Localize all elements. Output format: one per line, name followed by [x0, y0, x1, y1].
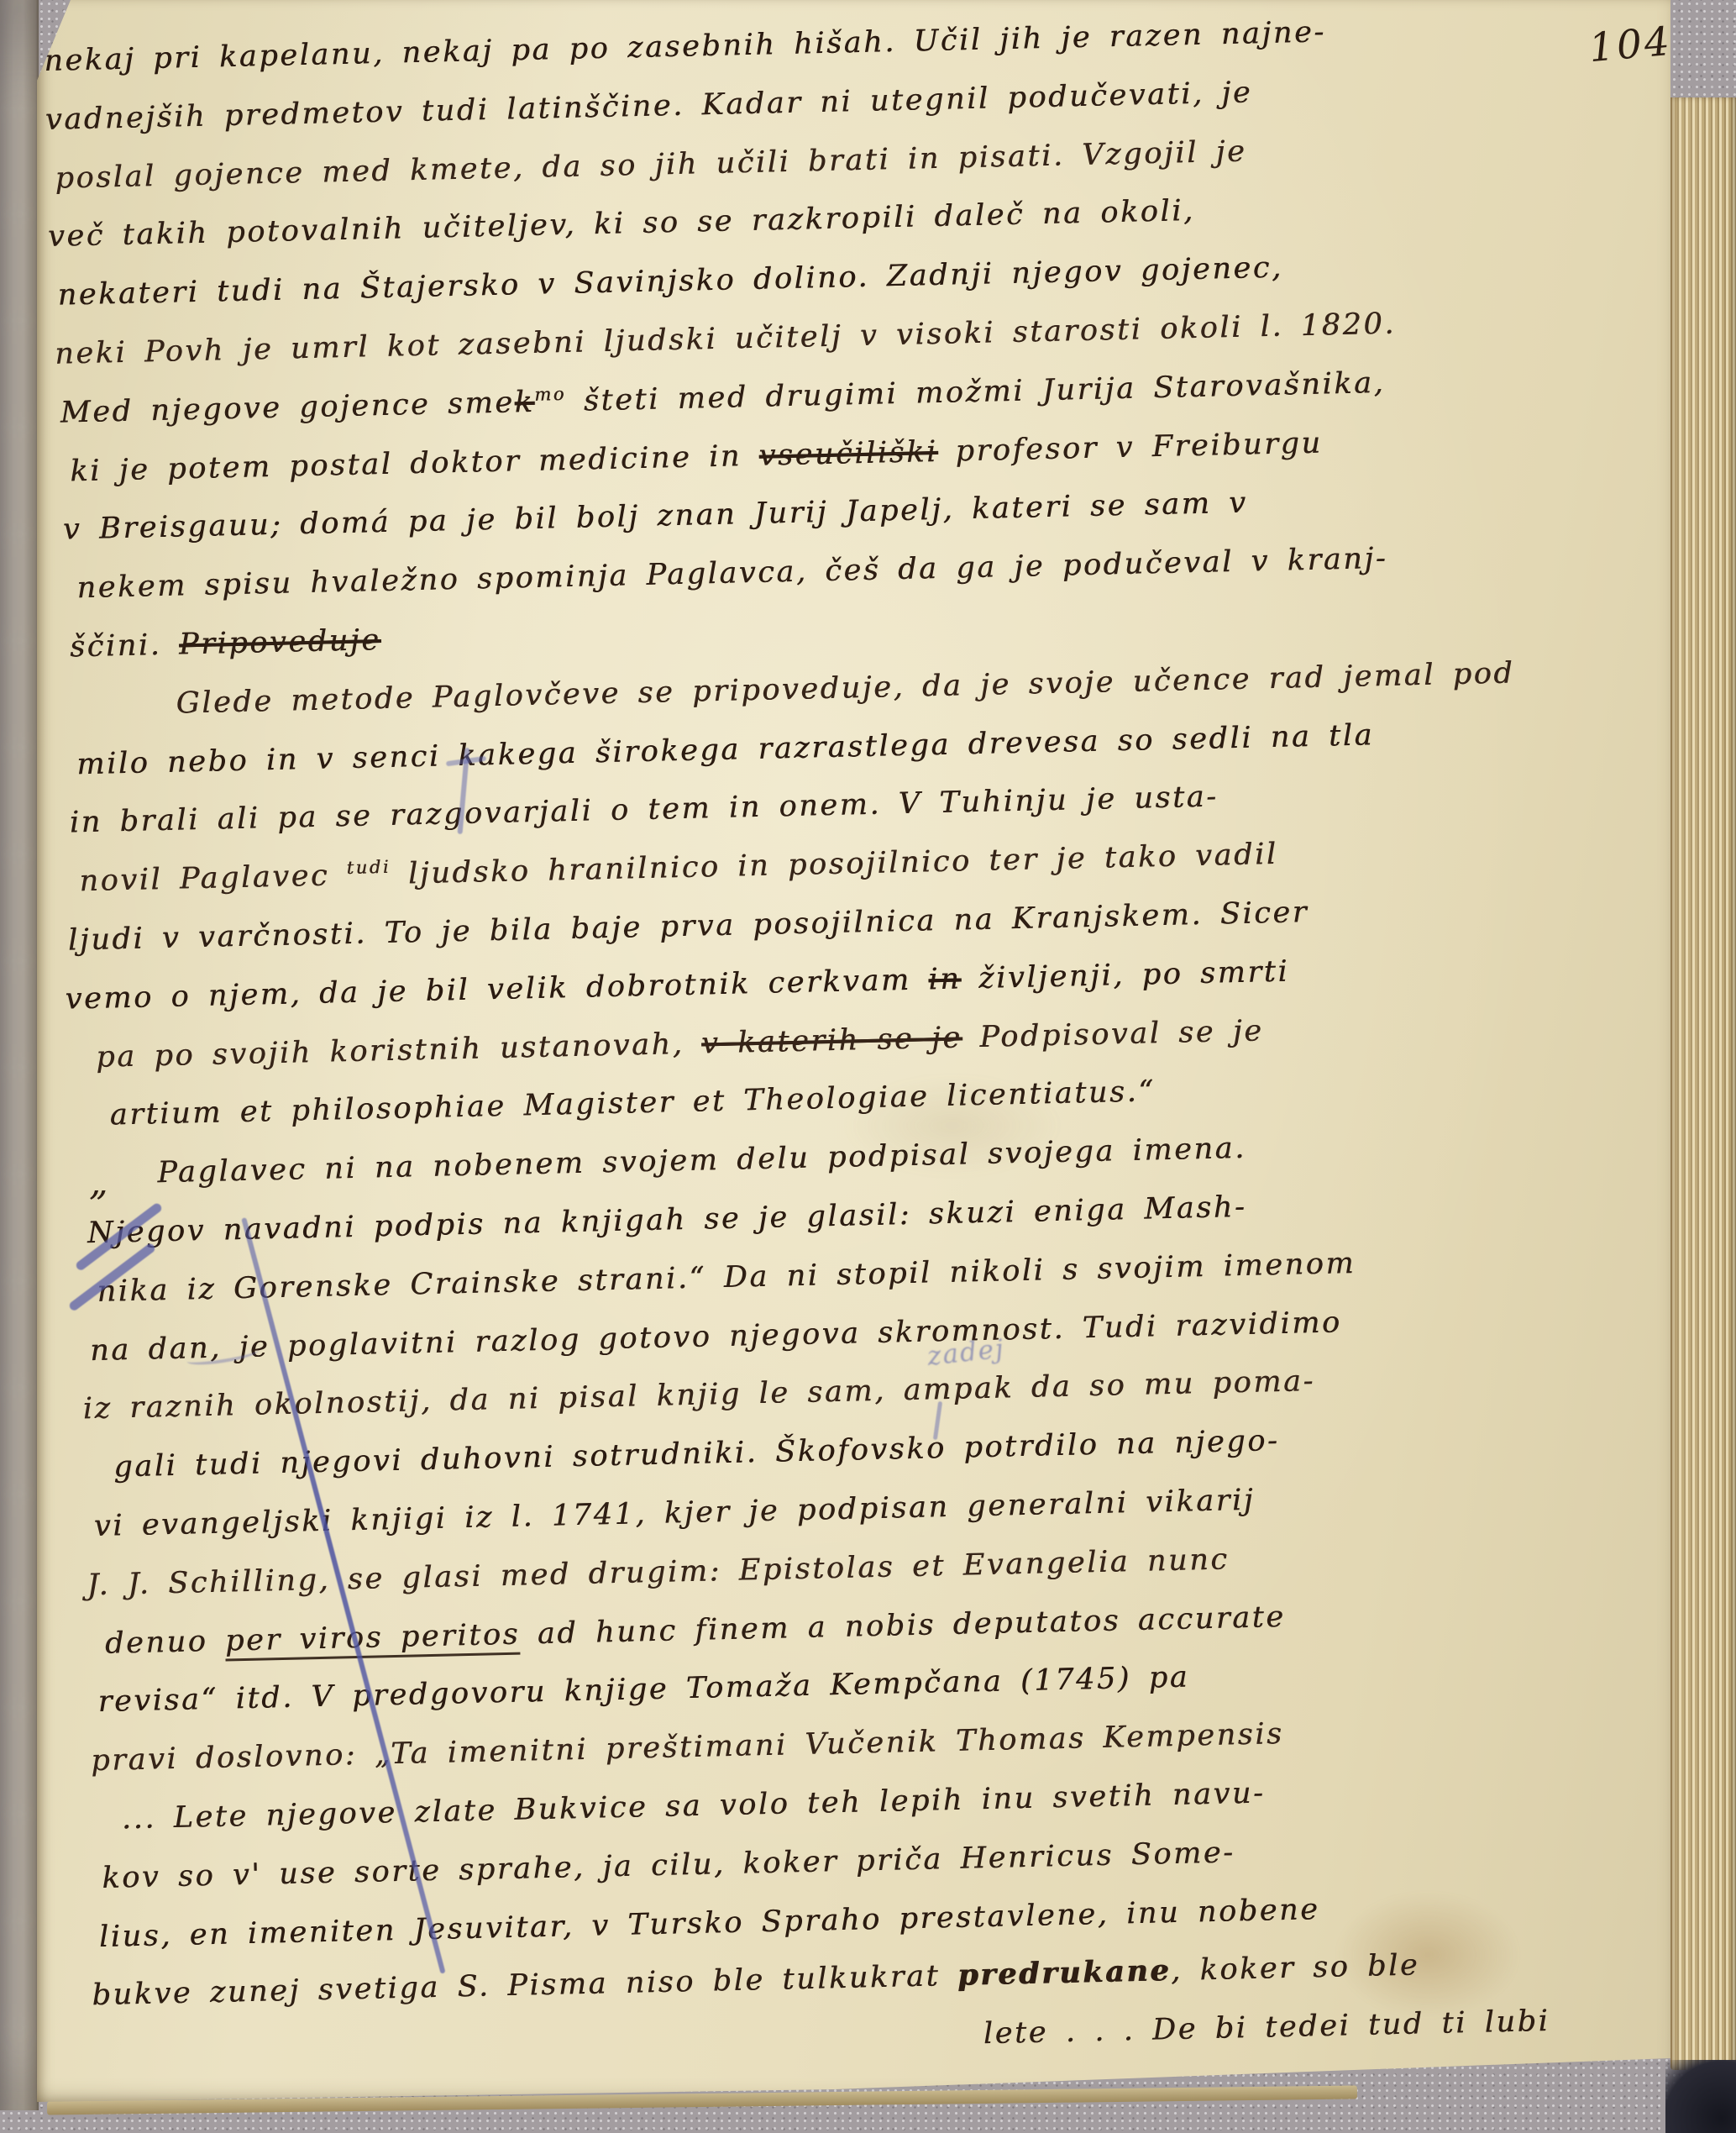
- handwritten-segment: ... Lete njegove zlate Bukvice sa volo t…: [121, 1777, 1266, 1836]
- manuscript-line: bukve zunej svetiga S. Pisma niso ble tu…: [92, 1946, 1420, 2015]
- handwritten-segment: Med njegove gojence sme: [60, 386, 515, 429]
- handwritten-segment: nika iz Gorenske Crainske strani.“ Da ni…: [97, 1247, 1356, 1309]
- handwritten-segment: Njegov navadni podpis na knjigah se je g…: [87, 1190, 1247, 1250]
- handwritten-segment: Podpisoval se je: [962, 1014, 1264, 1054]
- handwritten-segment: vi evangeljski knjigi iz l. 1741, kjer j…: [93, 1484, 1255, 1543]
- manuscript-line: ščini. Pripoveduje: [70, 621, 381, 666]
- manuscript-line: Paglavec ni na nobenem svojem delu podpi…: [157, 1129, 1246, 1192]
- handwritten-segment: nekem spisu hvaležno spominja Paglavca, …: [76, 542, 1388, 605]
- manuscript-line: lius, en imeniten Jesuvitar, v Tursko Sp…: [98, 1890, 1319, 1957]
- handwritten-segment: novil Paglavec: [79, 859, 347, 898]
- handwritten-segment-strike: in: [928, 962, 962, 996]
- handwritten-segment: denuo: [105, 1624, 226, 1660]
- manuscript-line: v Breisgauu; domá pa je bil bolj znan Ju…: [62, 484, 1248, 549]
- handwritten-segment: kov so v' use sorte sprahe, ja cilu, kok…: [102, 1836, 1235, 1895]
- manuscript-line: revisa“ itd. V predgovoru knjige Tomaža …: [97, 1658, 1190, 1721]
- manuscript-line: kov so v' use sorte sprahe, ja cilu, kok…: [102, 1833, 1235, 1898]
- manuscript-line: ki je potem postal doktor medicine in vs…: [70, 423, 1323, 491]
- manuscript-line: novil Paglavec tudi ljudsko hranilnico i…: [79, 835, 1278, 904]
- handwritten-segment: bukve zunej svetiga S. Pisma niso ble tu…: [92, 1959, 957, 2012]
- manuscript-line: gali tudi njegovi duhovni sotrudniki. Šk…: [113, 1421, 1280, 1486]
- manuscript-line: vadnejših predmetov tudi latinščine. Kad…: [45, 73, 1252, 139]
- manuscript-line: Njegov navadni podpis na knjigah se je g…: [87, 1188, 1246, 1253]
- handwritten-segment: gali tudi njegovi duhovni sotrudniki. Šk…: [113, 1424, 1280, 1484]
- manuscript-line: vemo o njem, da je bil velik dobrotnik c…: [65, 952, 1290, 1018]
- handwritten-segment: šteti med drugimi možmi Jurija Starovašn…: [566, 366, 1386, 418]
- manuscript-line: nika iz Gorenske Crainske strani.“ Da ni…: [97, 1244, 1356, 1311]
- manuscript-line: nekateri tudi na Štajersko v Savinjsko d…: [57, 249, 1283, 315]
- handwritten-segment: revisa“ itd. V predgovoru knjige Tomaža …: [97, 1661, 1189, 1719]
- handwritten-segment: življenji, po smrti: [961, 954, 1290, 996]
- handwritten-segment: ljudsko hranilnico in posojilnico ter je…: [391, 838, 1278, 891]
- handwritten-segment: J. J. Schilling, se glasi med drugim: Ep…: [87, 1542, 1230, 1602]
- handwritten-segment: v Breisgauu; domá pa je bil bolj znan Ju…: [63, 486, 1248, 547]
- handwritten-segment: pravi doslovno: „Ta imenitni preštimani …: [91, 1717, 1284, 1778]
- manuscript-line: nekem spisu hvaležno spominja Paglavca, …: [76, 539, 1388, 607]
- manuscript-line: denuo per viros peritos ad hunc finem a …: [105, 1598, 1287, 1663]
- handwritten-segment-sup: tudi: [346, 857, 391, 878]
- handwritten-segment-b: predrukane: [957, 1954, 1171, 1994]
- manuscript-line: iz raznih okolnostij, da ni pisal knjig …: [82, 1362, 1315, 1428]
- handwritten-segment: lete . . . De bi tedei tud ti lubi: [983, 2004, 1550, 2051]
- handwritten-segment: , koker so ble: [1171, 1949, 1420, 1989]
- manuscript-line: milo nebo in v senci kakega širokega raz…: [76, 716, 1375, 784]
- book-gutter-edge: [0, 0, 39, 2110]
- handwritten-segment-u: per viros peritos: [225, 1617, 521, 1661]
- handwritten-segment: več takih potovalnih učiteljev, ki so se…: [48, 194, 1196, 254]
- manuscript-line: na dan, je poglavitni razlog gotovo njeg…: [90, 1303, 1342, 1370]
- manuscript-paper: 104 nekaj pri kapelanu, nekaj pa po zase…: [37, 0, 1670, 2104]
- manuscript-line: ljudi v varčnosti. To je bila baje prva …: [68, 893, 1309, 960]
- handwritten-segment: milo nebo in v senci kakega širokega raz…: [76, 718, 1375, 781]
- handwritten-segment: na dan, je poglavitni razlog gotovo njeg…: [90, 1306, 1342, 1368]
- manuscript-line: Med njegove gojence smekmo šteti med dru…: [60, 364, 1386, 436]
- handwritten-segment: vemo o njem, da je bil velik dobrotnik c…: [65, 963, 929, 1016]
- handwritten-segment: ki je potem postal doktor medicine in: [70, 439, 759, 488]
- manuscript-line: J. J. Schilling, se glasi med drugim: Ep…: [87, 1540, 1230, 1605]
- manuscript-line: pravi doslovno: „Ta imenitni preštimani …: [91, 1715, 1284, 1780]
- manuscript-line: nekaj pri kapelanu, nekaj pa po zasebnih…: [44, 13, 1326, 81]
- manuscript-line: in brali ali pa se razgovarjali o tem in…: [69, 778, 1219, 843]
- handwritten-segment-strike: v katerih se je: [701, 1021, 963, 1060]
- handwritten-segment: nekateri tudi na Štajersko v Savinjsko d…: [57, 251, 1283, 313]
- handwritten-segment-strike: Pripoveduje: [179, 623, 381, 661]
- manuscript-line: ... Lete njegove zlate Bukvice sa volo t…: [121, 1774, 1266, 1839]
- handwritten-segment: Glede metode Paglovčeve se pripoveduje, …: [176, 656, 1515, 720]
- handwritten-segment-strike: k: [514, 386, 535, 420]
- dark-background-corner: [1665, 2060, 1736, 2133]
- manuscript-line: vi evangeljski knjigi iz l. 1741, kjer j…: [93, 1481, 1255, 1546]
- handwritten-segment: profesor v Freiburgu: [937, 426, 1323, 468]
- handwritten-segment: poslal gojence med kmete, da so jih učil…: [55, 134, 1247, 195]
- handwritten-segment: pa po svojih koristnih ustanovah,: [96, 1027, 702, 1074]
- handwritten-segment: vadnejših predmetov tudi latinščine. Kad…: [45, 76, 1252, 137]
- book-fore-edge-pages: [1670, 97, 1736, 2070]
- handwritten-segment: ad hunc finem a nobis deputatos accurate: [520, 1600, 1286, 1652]
- photographed-manuscript-page: { "manuscript": { "page_number": "104", …: [0, 0, 1736, 2133]
- handwritten-segment: artium et philosophiae Magister et Theol…: [109, 1075, 1156, 1132]
- handwritten-segment: neki Povh je umrl kot zasebni ljudski uč…: [55, 307, 1397, 371]
- manuscript-line: lete . . . De bi tedei tud ti lubi: [983, 2002, 1550, 2053]
- manuscript-line: poslal gojence med kmete, da so jih učil…: [55, 132, 1247, 197]
- handwritten-text-block: nekaj pri kapelanu, nekaj pa po zasebnih…: [13, 0, 1694, 2104]
- handwritten-segment: iz raznih okolnostij, da ni pisal knjig …: [82, 1364, 1315, 1426]
- handwritten-segment: in brali ali pa se razgovarjali o tem in…: [69, 780, 1219, 840]
- manuscript-line: neki Povh je umrl kot zasebni ljudski uč…: [55, 305, 1397, 374]
- handwritten-segment-strike: vseučiliški: [758, 435, 938, 473]
- manuscript-line: artium et philosophiae Magister et Theol…: [109, 1073, 1156, 1135]
- manuscript-line: pa po svojih koristnih ustanovah, v kate…: [96, 1011, 1264, 1077]
- handwritten-segment: ščini.: [70, 628, 180, 664]
- handwritten-segment: Paglavec ni na nobenem svojem delu podpi…: [157, 1132, 1246, 1190]
- handwritten-segment: lius, en imeniten Jesuvitar, v Tursko Sp…: [99, 1893, 1320, 1954]
- manuscript-line: Glede metode Paglovčeve se pripoveduje, …: [176, 654, 1515, 722]
- manuscript-line: več takih potovalnih učiteljev, ki so se…: [48, 192, 1196, 256]
- handwritten-segment-sup: mo: [534, 384, 566, 405]
- margin-quote-mark: „: [89, 1161, 108, 1204]
- handwritten-segment: ljudi v varčnosti. To je bila baje prva …: [68, 896, 1309, 958]
- handwritten-segment: nekaj pri kapelanu, nekaj pa po zasebnih…: [44, 15, 1326, 78]
